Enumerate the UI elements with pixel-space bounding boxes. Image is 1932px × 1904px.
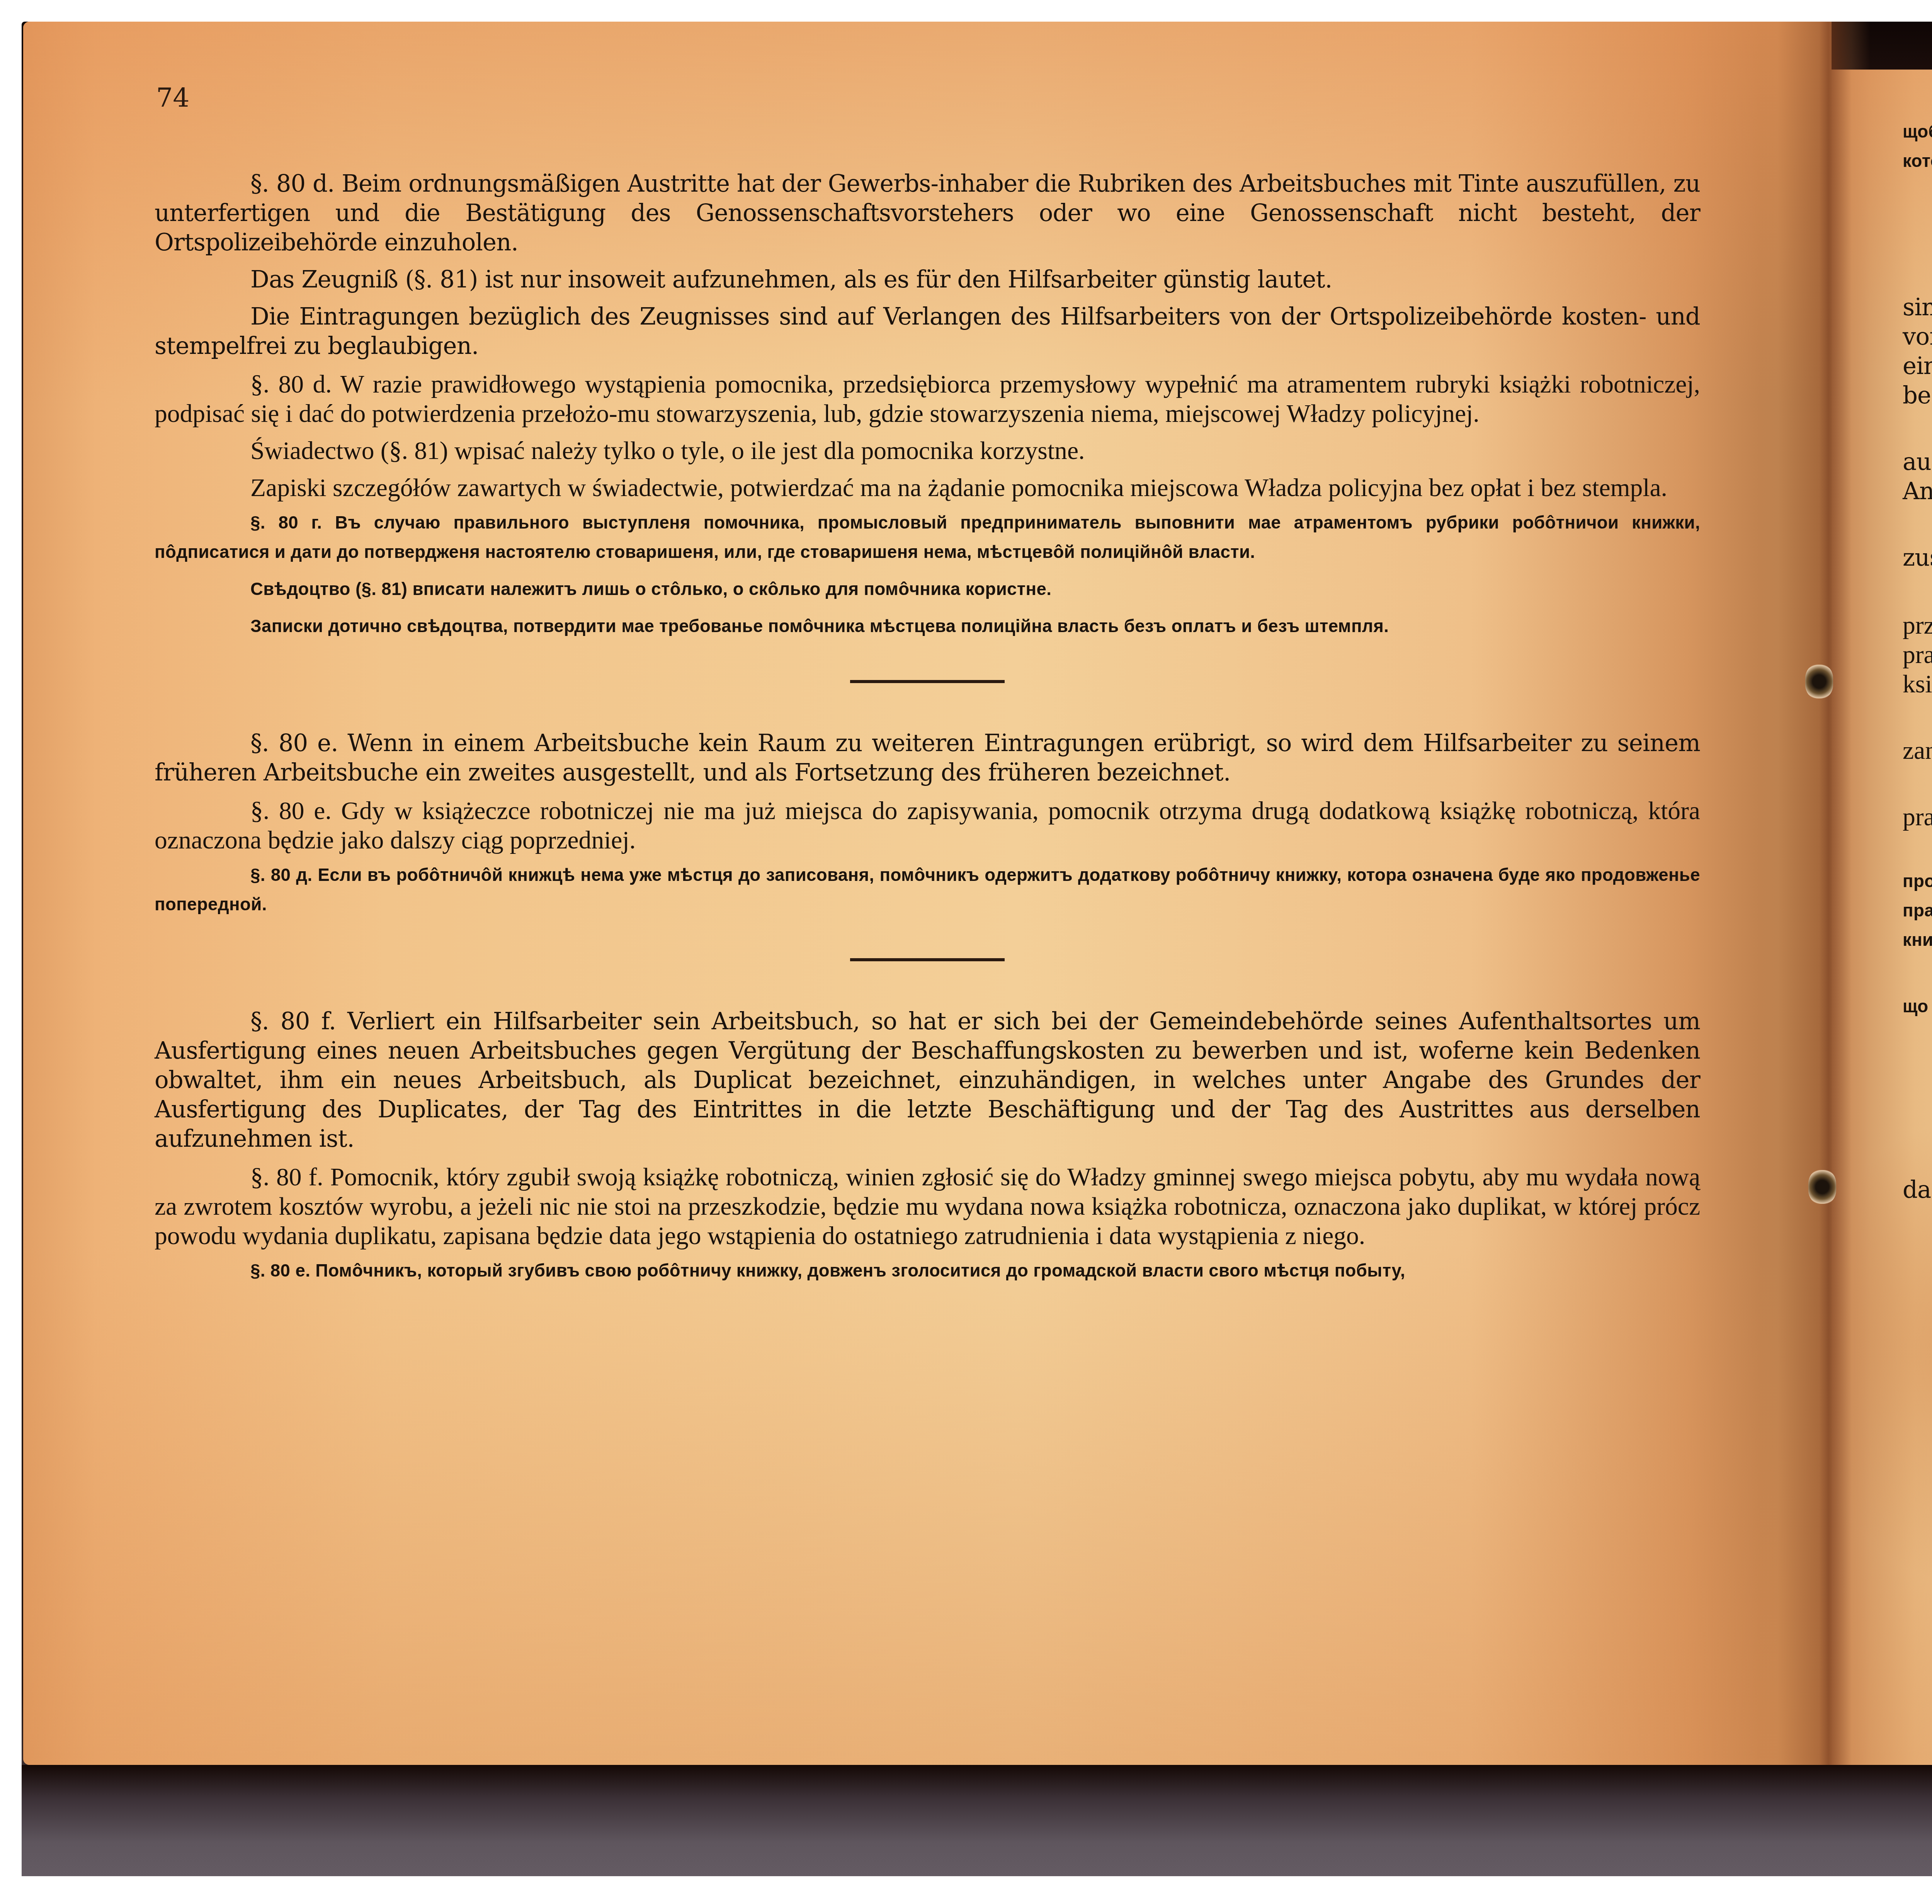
binding-hole [1805, 665, 1833, 699]
paragraph-german: Ein Gewerbsinhaber, welcher das Arbeitsb… [1903, 419, 1932, 507]
paragraph-polish: Przedsiębiorca przemysłowy, który wbrew … [1903, 706, 1932, 765]
paragraph-ruthenian: щобы ему выдала нову за звOротомъ коштôв… [1903, 119, 1932, 178]
left-page: 74 §. 80 d. Beim ordnungsmäßigen Austrit… [23, 22, 1832, 1765]
paragraph-ruthenian: §. 80 ж. Єслибы робôтнича книжка, будучи… [1903, 839, 1932, 957]
paragraph-polish: §. 80 d. W razie prawidłowego wystąpieni… [155, 369, 1700, 428]
paragraph-ruthenian: Свѣдоцтво (§. 81) вписати належитъ лишь … [155, 576, 1700, 606]
paragraph-polish: Zapiski szczegółów zawartych w świadectw… [155, 473, 1700, 502]
paragraph-german: Das Zeugniß (§. 81) ist nur insoweit auf… [155, 266, 1700, 295]
paper-stain [23, 22, 25, 23]
paragraph-ruthenian: То право ôтшкодованя тратитъ помôчникъ, … [1903, 1031, 1932, 1060]
scan-stage: 74 §. 80 d. Beim ordnungsmäßigen Austrit… [0, 0, 1932, 1904]
paragraph-ruthenian: Промисловый предприниматель, который нап… [1903, 964, 1932, 1023]
paragraph-german: §. 80 e. Wenn in einem Arbeitsbuche kein… [155, 729, 1700, 788]
paragraph-polish: To prawo do wynagrodzenia traci pomocnik… [1903, 773, 1932, 831]
left-page-text: §. 80 d. Beim ordnungsmäßigen Austritte … [155, 170, 1700, 1295]
paragraph-ruthenian: §. 80 е. Помôчникъ, который згубивъ свою… [155, 1258, 1700, 1287]
section-divider [850, 680, 1005, 683]
paragraph-ruthenian: §. 80 г. Въ случаю правильного выступлен… [155, 510, 1700, 569]
paragraph-german: Der Anspruch auf Entschädigung erlischt,… [1903, 515, 1932, 573]
page-number-left: 74 [156, 83, 190, 114]
binding-hole [1808, 1170, 1836, 1204]
right-page-text: щобы ему выдала нову за звOротомъ коштôв… [1903, 119, 1932, 1213]
paragraph-german: Die Eintragungen bezüglich des Zeugnisse… [155, 303, 1700, 362]
paragraph-german: §. 80 g Ist das Arbeitsbuch bei dem Gewe… [1903, 264, 1932, 411]
paragraph-polish: §. 80 g. Gdyby książka robotnicza, będąc… [1903, 581, 1932, 699]
paragraph-polish: §. 80 f. Pomocnik, który zgubił swoją ks… [155, 1162, 1700, 1250]
paragraph-german: §. 80 h. Wer ein Arbeitsbuch nachmacht o… [1903, 1147, 1932, 1205]
paragraph-polish: Świadectwo (§. 81) wpisać należy tylko o… [155, 436, 1700, 465]
cover-bottom-edge [22, 1765, 1932, 1876]
paragraph-polish: §. 80 e. Gdy w książeczce robotniczej ni… [155, 796, 1700, 855]
paragraph-german: §. 80 f. Verliert ein Hilfsarbeiter sein… [155, 1008, 1700, 1154]
paragraph-ruthenian: §. 80 д. Если въ робôтничôй книжцѣ нема … [155, 862, 1700, 921]
paragraph-german: §. 80 d. Beim ordnungsmäßigen Austritte … [155, 170, 1700, 258]
paragraph-ruthenian: Записки дотично свѣдоцтва, потвердити ма… [155, 614, 1700, 643]
section-divider [850, 958, 1005, 961]
book-gutter [1777, 22, 1870, 1765]
